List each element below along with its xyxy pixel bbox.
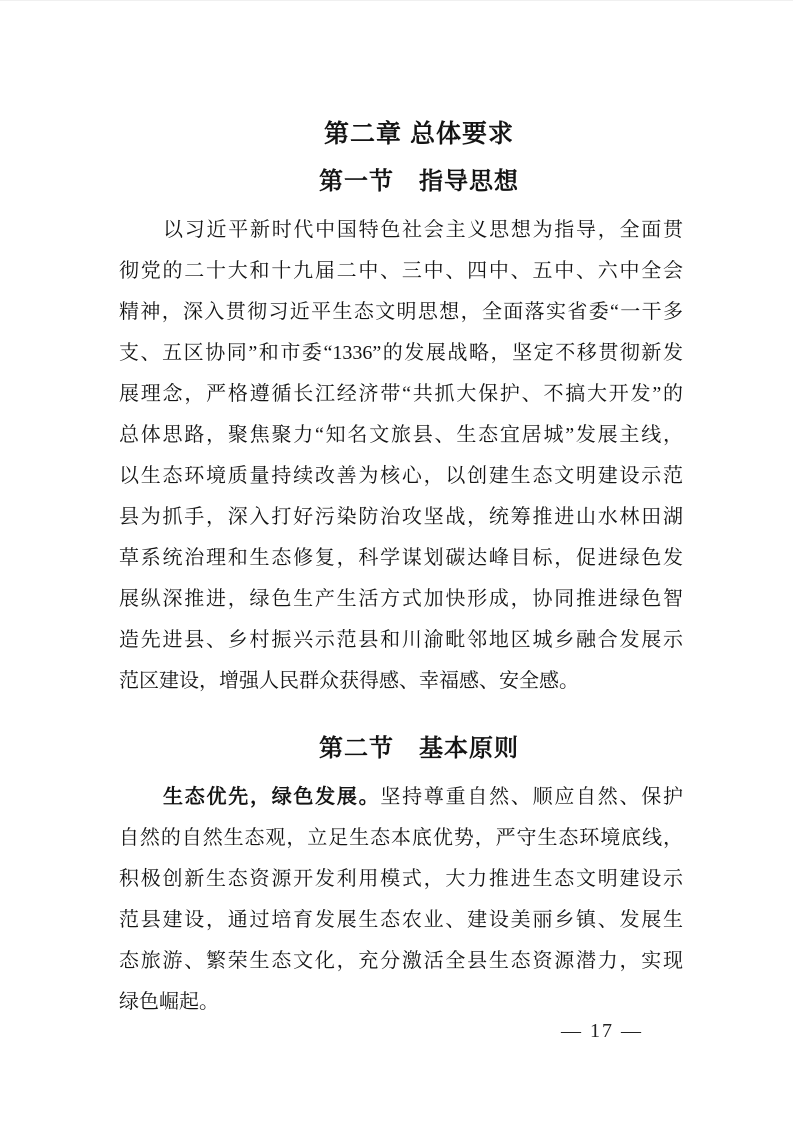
text-line: 展理念，严格遵循长江经济带“共抓大保护、不搞大开发”的 bbox=[119, 374, 683, 415]
text-line: 以生态环境质量持续改善为核心，以创建生态文明建设示范 bbox=[119, 456, 683, 497]
text-line: 精神，深入贯彻习近平生态文明思想，全面落实省委“一干多 bbox=[119, 292, 683, 333]
text-line: 生态优先，绿色发展。坚持尊重自然、顺应自然、保护 bbox=[119, 777, 683, 818]
text-line: 展纵深推进，绿色生产生活方式加快形成，协同推进绿色智 bbox=[119, 579, 683, 620]
page-number: — 17 — bbox=[561, 1019, 643, 1043]
chapter-heading: 第二章 总体要求 bbox=[137, 119, 701, 149]
text-line: 绿色崛起。 bbox=[119, 982, 683, 1023]
text-line: 支、五区协同”和市委“1336”的发展战略，坚定不移贯彻新发 bbox=[119, 333, 683, 374]
bold-lead-text: 生态优先，绿色发展。 bbox=[163, 786, 380, 808]
text-line: 彻党的二十大和十九届二中、三中、四中、五中、六中全会 bbox=[119, 251, 683, 292]
text-line: 造先进县、乡村振兴示范县和川渝毗邻地区城乡融合发展示 bbox=[119, 620, 683, 661]
text-line: 范区建设，增强人民群众获得感、幸福感、安全感。 bbox=[119, 661, 683, 702]
text-line: 积极创新生态资源开发利用模式，大力推进生态文明建设示 bbox=[119, 859, 683, 900]
section-2-paragraph: 生态优先，绿色发展。坚持尊重自然、顺应自然、保护自然的自然生态观，立足生态本底优… bbox=[119, 777, 683, 1023]
section-2-heading: 第二节 基本原则 bbox=[137, 734, 701, 764]
text-line: 范县建设，通过培育发展生态农业、建设美丽乡镇、发展生 bbox=[119, 900, 683, 941]
text-line: 草系统治理和生态修复，科学谋划碳达峰目标，促进绿色发 bbox=[119, 538, 683, 579]
text-line: 态旅游、繁荣生态文化，充分激活全县生态资源潜力，实现 bbox=[119, 941, 683, 982]
text-line: 自然的自然生态观，立足生态本底优势，严守生态环境底线， bbox=[119, 818, 683, 859]
section-1-paragraph: 以习近平新时代中国特色社会主义思想为指导，全面贯彻党的二十大和十九届二中、三中、… bbox=[119, 210, 683, 702]
text-line: 总体思路，聚焦聚力“知名文旅县、生态宜居城”发展主线， bbox=[119, 415, 683, 456]
text-line: 县为抓手，深入打好污染防治攻坚战，统筹推进山水林田湖 bbox=[119, 497, 683, 538]
text-line: 以习近平新时代中国特色社会主义思想为指导，全面贯 bbox=[119, 210, 683, 251]
document-page: 第二章 总体要求 第一节 指导思想 以习近平新时代中国特色社会主义思想为指导，全… bbox=[0, 0, 793, 1123]
section-1-heading: 第一节 指导思想 bbox=[137, 167, 701, 197]
